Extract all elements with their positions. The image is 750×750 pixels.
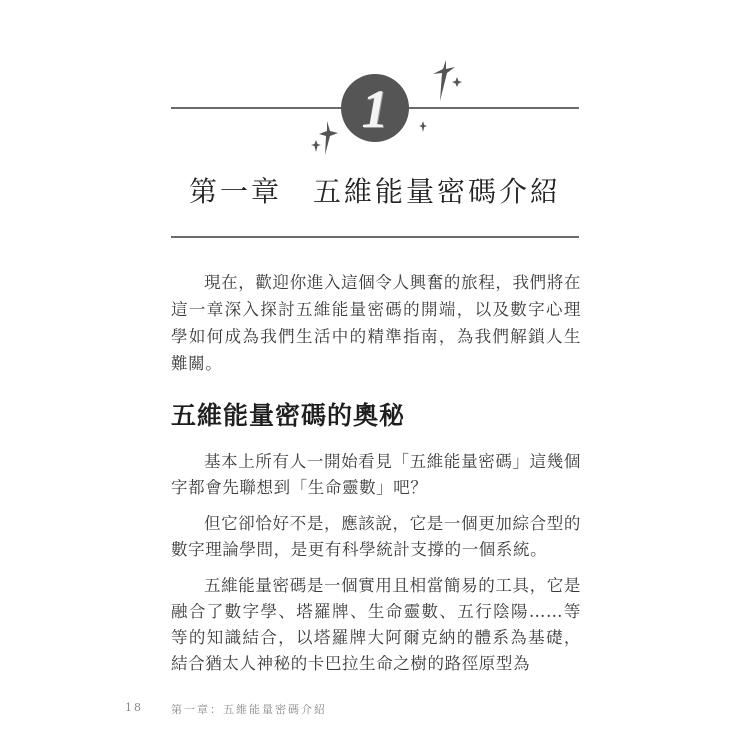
running-title: 第一章：五維能量密碼介紹 [171, 701, 327, 717]
chapter-number: 1 [362, 82, 389, 136]
page-number: 18 [125, 701, 143, 717]
section-body: 基本上所有人一開始看見「五維能量密碼」這幾個字都會先聯想到「生命靈數」吧？ 但它… [171, 449, 581, 687]
body-paragraph: 五維能量密碼是一個實用且相當簡易的工具，它是融合了數字學、塔羅牌、生命靈數、五行… [171, 573, 581, 677]
intro-paragraph: 現在，歡迎你進入這個令人興奮的旅程，我們將在這一章深入探討五維能量密碼的開端，以… [171, 269, 581, 377]
body-paragraph: 但它卻恰好不是，應該說，它是一個更加綜合型的數字理論學問，是更有科學統計支撐的一… [171, 511, 581, 563]
chapter-title: 第一章 五維能量密碼介紹 [171, 170, 579, 210]
body-paragraph: 基本上所有人一開始看見「五維能量密碼」這幾個字都會先聯想到「生命靈數」吧？ [171, 449, 581, 501]
intro-text: 現在，歡迎你進入這個令人興奮的旅程，我們將在這一章深入探討五維能量密碼的開端，以… [171, 269, 581, 377]
page-footer: 18 第一章：五維能量密碼介紹 [125, 701, 327, 717]
chapter-number-badge: 1 [341, 74, 409, 142]
bottom-rule-divider [171, 236, 579, 238]
book-page: 1 第一章 五維能量密碼介紹 現在，歡迎你進入這個令人興奮的旅程，我們將在這一章… [0, 0, 750, 750]
section-heading: 五維能量密碼的奧秘 [171, 396, 405, 432]
